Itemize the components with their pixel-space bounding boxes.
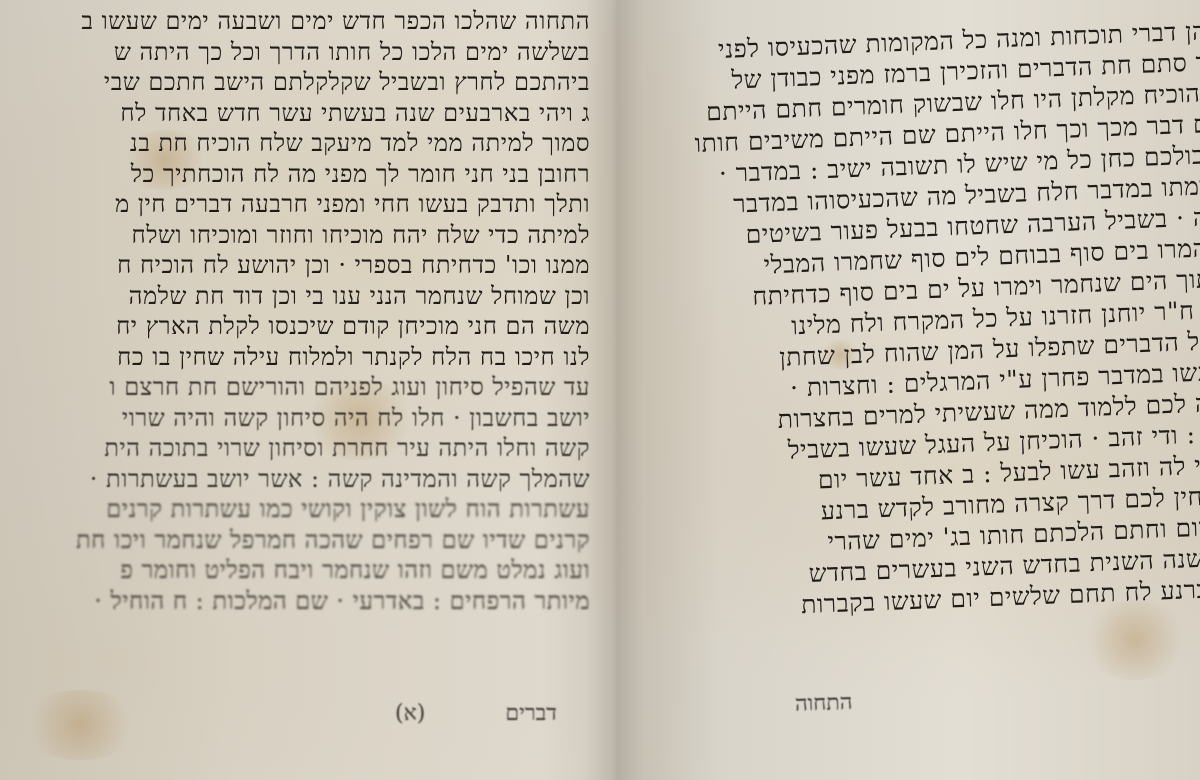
text-line: בשלשה ימים הלכו כל חותו הדרך וכל כך היתה… — [0, 37, 590, 68]
text-line: ג ויהי בארבעים שנה בעשתי עשר חדש באחד לח — [0, 98, 590, 129]
text-line: משה הם חני מוכיחן קודם שיכנסו לקלת הארץ … — [0, 311, 590, 342]
text-line: קרנים שדיו שם רפחים שהכה חמרפל שנחמר ויכ… — [0, 525, 590, 556]
right-page-footer: התחוה — [795, 689, 853, 717]
text-line: עד שהפיל סיחון ועוג לפניהם והורישם חת חר… — [0, 372, 590, 403]
text-line: וכן שמוחל שנחמר הנני ענו בי וכן דוד חת ש… — [0, 281, 590, 312]
text-line: עשתרות הוח לשון צוקין וקושי כמו עשתרות ק… — [0, 494, 590, 525]
text-line: מיותר הרפחים : באדרעי · שם המלכות : ח הו… — [0, 586, 590, 617]
left-page-footer: דברים (א) — [395, 700, 557, 726]
text-line: התחוה שהלכו הכפר חדש ימים ושבעה ימים שעש… — [0, 6, 590, 37]
paper-stain — [1080, 600, 1190, 680]
text-line: לנו חיכו בח הלח לקנתר ולמלוח עילה שחין ב… — [0, 342, 590, 373]
text-line: למיתה כדי שלח יהח מוכיחו וחוזר ומוכיחו ו… — [0, 220, 590, 251]
text-line: שהמלך קשה והמדינה קשה : אשר יושב בעשתרות… — [0, 464, 590, 495]
text-line: ממנו וכו' כדחיתח בספרי · וכן יהושע לח הו… — [0, 250, 590, 281]
text-line: קשה וחלו היתה עיר חחרת וסיחון שרוי בתוכה… — [0, 433, 590, 464]
text-line: סמוך למיתה ממי למד מיעקב שלח הוכיח חת בנ — [0, 128, 590, 159]
text-line: ביהתכם לחרץ ובשביל שקלקלתם הישב חתכם שבי — [0, 67, 590, 98]
text-line: יושב בחשבון · חלו לח היה סיחון קשה והיה … — [0, 403, 590, 434]
right-page: י שהן דברי תוכחות ומנה כל המקומות שהכעיס… — [640, 14, 1200, 626]
catchword: התחוה — [795, 690, 853, 717]
book-gutter — [585, 0, 645, 780]
text-line: ועוג נמלט משם וזהו שנחמר ויבח הפליט וחומ… — [0, 555, 590, 586]
text-line: ותלך ותדבק בעשו חחי ומפני חרבעה דברים חי… — [0, 189, 590, 220]
page-letter: (א) — [395, 700, 425, 726]
running-head: דברים — [505, 700, 557, 726]
book-photo: התחוה שהלכו הכפר חדש ימים ושבעה ימים שעש… — [0, 0, 1200, 780]
left-page: התחוה שהלכו הכפר חדש ימים ושבעה ימים שעש… — [0, 6, 590, 616]
paper-stain — [20, 690, 140, 760]
text-line: רחובן בני חני חומר לך מפני מה לח הוכחתיך… — [0, 159, 590, 190]
